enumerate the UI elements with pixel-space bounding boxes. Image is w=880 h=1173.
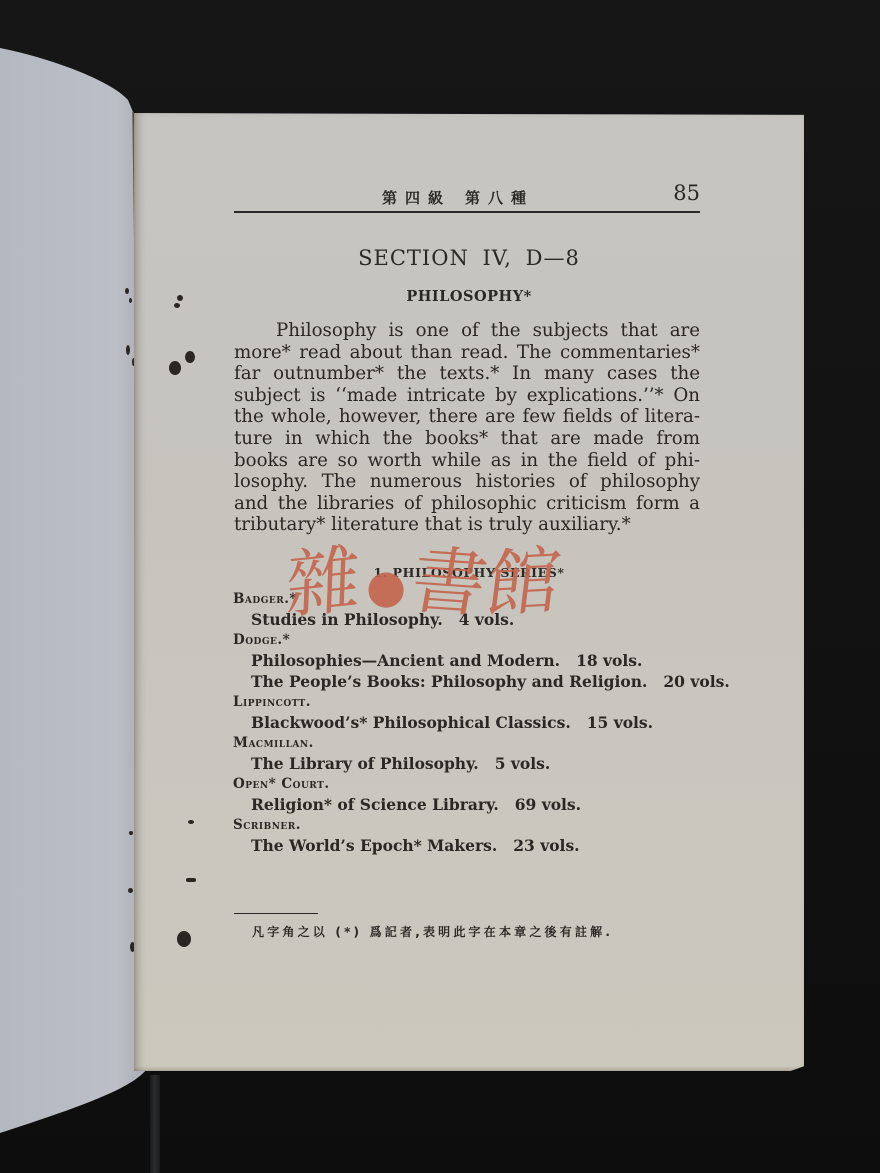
volume-count: 23 vols.: [513, 836, 579, 855]
publisher-name: Dodge.*: [233, 630, 733, 650]
paragraph-line: ture in which the books* that are made f…: [234, 428, 700, 450]
paragraph-line: the whole, however, there are few fields…: [234, 406, 700, 428]
publisher-name: Scribner.: [233, 815, 733, 835]
book-page-85: 第四級第八種 85 SECTION IV, D—8 PHILOSOPHY* Ph…: [134, 113, 804, 1071]
publisher-name: Macmillan.: [233, 733, 733, 753]
publisher-entry-dodge: Dodge.* Philosophies—Ancient and Modern.…: [233, 630, 733, 692]
subject-title: PHILOSOPHY*: [134, 288, 804, 305]
paragraph-line: tributary* literature that is truly auxi…: [234, 514, 700, 536]
page-number: 85: [673, 181, 700, 205]
series-heading: 1. PHILOSOPHY SERIES*: [134, 565, 804, 580]
publisher-list: Badger.* Studies in Philosophy.4 vols. D…: [233, 589, 733, 856]
running-head-kind: 第八種: [465, 189, 534, 207]
paragraph-line: far outnumber* the texts.* In many cases…: [234, 363, 700, 385]
series-title: The People’s Books: Philosophy and Relig…: [251, 672, 647, 691]
paragraph-line: losophy. The numerous histories of philo…: [234, 471, 700, 493]
series-title-row: Philosophies—Ancient and Modern.18 vols.: [233, 650, 733, 671]
volume-count: 18 vols.: [576, 651, 642, 670]
publisher-entry-badger: Badger.* Studies in Philosophy.4 vols.: [233, 589, 733, 630]
volume-count: 15 vols.: [587, 713, 653, 732]
publisher-entry-lippincott: Lippincott. Blackwood’s* Philosophical C…: [233, 692, 733, 733]
running-head-level: 第四級: [382, 189, 451, 207]
series-title: Blackwood’s* Philosophical Classics.: [251, 713, 571, 732]
volume-count: 20 vols.: [663, 672, 729, 691]
series-title-row: The People’s Books: Philosophy and Relig…: [233, 671, 733, 692]
publisher-entry-macmillan: Macmillan. The Library of Philosophy.5 v…: [233, 733, 733, 774]
volume-count: 69 vols.: [515, 795, 581, 814]
paragraph-line: Philosophy is one of the subjects that a…: [234, 320, 700, 342]
paragraph-line: subject is ‘‘made intricate by explicati…: [234, 385, 700, 407]
volume-count: 5 vols.: [495, 754, 551, 773]
footnote-rule: [234, 913, 318, 914]
volume-count: 4 vols.: [459, 610, 515, 629]
series-title: Studies in Philosophy.: [251, 610, 443, 629]
publisher-name: Lippincott.: [233, 692, 733, 712]
paragraph-line: more* read about than read. The commenta…: [234, 342, 700, 364]
series-title-row: Religion* of Science Library.69 vols.: [233, 794, 733, 815]
series-title: Philosophies—Ancient and Modern.: [251, 651, 560, 670]
series-title-row: The Library of Philosophy.5 vols.: [233, 753, 733, 774]
publisher-entry-scribner: Scribner. The World’s Epoch* Makers.23 v…: [233, 815, 733, 856]
intro-paragraph: Philosophy is one of the subjects that a…: [234, 320, 700, 536]
series-title: The World’s Epoch* Makers.: [251, 836, 497, 855]
running-head: 第四級第八種 85: [234, 181, 700, 213]
publisher-name: Badger.*: [233, 589, 733, 609]
publisher-entry-open-court: Open* Court. Religion* of Science Librar…: [233, 774, 733, 815]
series-title-row: Blackwood’s* Philosophical Classics.15 v…: [233, 712, 733, 733]
section-title: SECTION IV, D—8: [134, 246, 804, 270]
paragraph-line: and the libraries of philosophic critici…: [234, 493, 700, 515]
footnote: 凡字角之以 (*) 爲記者,表明此字在本章之後有註解.: [252, 923, 722, 940]
series-title-row: Studies in Philosophy.4 vols.: [233, 609, 733, 630]
series-title-row: The World’s Epoch* Makers.23 vols.: [233, 835, 733, 856]
series-title: Religion* of Science Library.: [251, 795, 499, 814]
book-spine-shadow: [150, 1075, 160, 1173]
series-title: The Library of Philosophy.: [251, 754, 479, 773]
running-head-chinese: 第四級第八種: [382, 187, 534, 208]
publisher-name: Open* Court.: [233, 774, 733, 794]
paragraph-line: books are so worth while as in the field…: [234, 450, 700, 472]
